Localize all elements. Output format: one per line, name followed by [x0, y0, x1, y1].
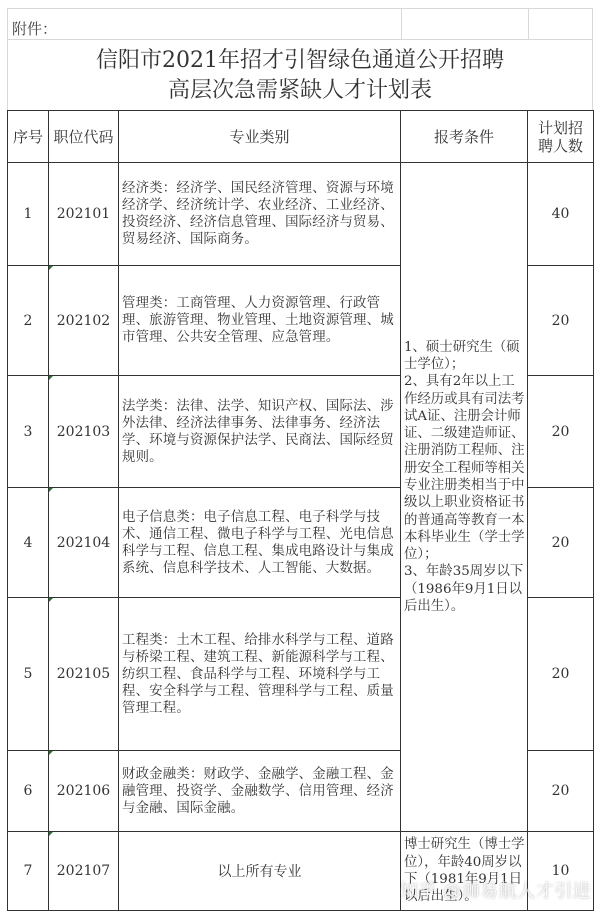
cell-code: 202103: [49, 376, 119, 488]
header-major: 专业类别: [119, 111, 401, 163]
cell-major: 经济类：经济学、国民经济管理、资源与环境经济学、经济统计学、农业经济、工业经济、…: [119, 163, 401, 266]
cell-code: 202106: [49, 751, 119, 832]
cell-quota: 20: [528, 376, 594, 488]
comment-marker-icon: [49, 488, 53, 492]
requirement-3: 3、年龄35周岁以下（1986年9月1日以后出生）。: [404, 563, 525, 615]
header-seq: 序号: [8, 111, 49, 163]
cell-code: 202104: [49, 488, 119, 598]
cell-quota: 20: [528, 488, 594, 598]
cell-code: 202105: [49, 598, 119, 751]
comment-marker-icon: [49, 598, 53, 602]
cell-major: 以上所有专业: [119, 832, 401, 911]
cell-quota: 40: [528, 163, 594, 266]
table-header-row: 序号 职位代码 专业类别 报考条件 计划招 聘人数: [8, 111, 594, 163]
cell-quota: 20: [528, 266, 594, 376]
cell-seq: 3: [8, 376, 49, 488]
cell-major: 管理类：工商管理、人力资源管理、行政管理、旅游管理、物业管理、土地资源管理、城市…: [119, 266, 401, 376]
cell-major: 工程类：土木工程、给排水科学与工程、道路与桥梁工程、建筑工程、新能源科学与工程、…: [119, 598, 401, 751]
header-requirements: 报考条件: [401, 111, 528, 163]
comment-marker-icon: [49, 751, 53, 755]
cell-quota: 20: [528, 751, 594, 832]
comment-marker-icon: [49, 266, 53, 270]
title-line-1: 信阳市2021年招才引智绿色通道公开招聘: [8, 46, 592, 76]
cell-seq: 7: [8, 832, 49, 911]
requirement-2: 2、具有2年以上工作经历或具有司法考试A证、注册会计师证、二级建造师证、注册消防…: [404, 373, 525, 563]
title-line-2: 高层次急需紧缺人才计划表: [8, 76, 592, 106]
cell-requirements-shared: 1、硕士研究生（硕士学位）； 2、具有2年以上工作经历或具有司法考试A证、注册会…: [401, 163, 528, 832]
comment-marker-icon: [49, 376, 53, 380]
cell-quota: 20: [528, 598, 594, 751]
cell-seq: 6: [8, 751, 49, 832]
cell-code: 202107: [49, 832, 119, 911]
cell-major: 财政金融类：财政学、金融学、金融工程、金融管理、投资学、金融数学、信用管理、经济…: [119, 751, 401, 832]
comment-marker-icon: [49, 832, 53, 836]
divider: [528, 9, 529, 40]
header-quota: 计划招 聘人数: [528, 111, 594, 163]
requirement-1: 1、硕士研究生（硕士学位）；: [404, 339, 525, 374]
cell-seq: 1: [8, 163, 49, 266]
page-title: 信阳市2021年招才引智绿色通道公开招聘 高层次急需紧缺人才计划表: [7, 39, 593, 111]
recruitment-plan-sheet: 附件： 信阳市2021年招才引智绿色通道公开招聘 高层次急需紧缺人才计划表 序号…: [7, 8, 593, 910]
cell-major: 法学类：法律、法学、知识产权、国际法、涉外法律、经济法律事务、法律事务、经济法学…: [119, 376, 401, 488]
attachment-label: 附件：: [12, 18, 57, 39]
cell-code: 202102: [49, 266, 119, 376]
attachment-bar: 附件：: [7, 8, 593, 40]
cell-code: 202101: [49, 163, 119, 266]
divider: [401, 9, 402, 40]
cell-seq: 2: [8, 266, 49, 376]
cell-seq: 5: [8, 598, 49, 751]
header-code: 职位代码: [49, 111, 119, 163]
table-row: 1 202101 经济类：经济学、国民经济管理、资源与环境经济学、经济统计学、农…: [8, 163, 594, 266]
watermark: 知乎 @浉易航人才引进: [400, 877, 591, 903]
cell-seq: 4: [8, 488, 49, 598]
cell-major: 电子信息类：电子信息工程、电子科学与技术、通信工程、微电子科学与工程、光电信息科…: [119, 488, 401, 598]
recruitment-table: 序号 职位代码 专业类别 报考条件 计划招 聘人数 1 202101 经济类：经…: [7, 110, 594, 911]
